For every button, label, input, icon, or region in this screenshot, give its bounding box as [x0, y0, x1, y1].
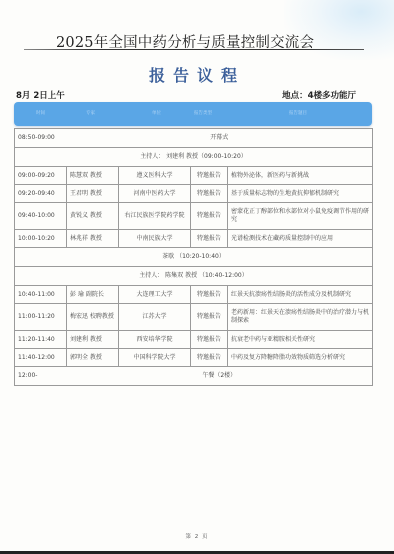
- speaker-cell: 刘建利 教授: [67, 331, 119, 349]
- report-type-cell: 特邀报告: [191, 331, 228, 349]
- table-row: 09:20-09:40王君明 教授河南中医药大学特邀报告基于质量标志物的生地黄抗…: [15, 185, 373, 203]
- time-cell: 11:40-12:00: [15, 349, 67, 367]
- session-venue: 地点：4楼多功能厅: [282, 89, 356, 101]
- report-title-cell: 光谱检测技术在藏药质量控制中的应用: [228, 230, 373, 248]
- title-divider: [24, 49, 364, 50]
- table-row: 09:00-09:20陈慧双 教授遵义医科大学特邀报告植物外泌体，新医药与新挑战: [15, 167, 373, 185]
- page-number: 第 2 页: [0, 532, 394, 540]
- agenda-title: 报告议程: [0, 63, 394, 86]
- session-info-cell: 主持人： 陈集双 教授 （10:40-12:00）: [15, 267, 373, 286]
- time-cell: 10:00-10:20: [15, 230, 67, 248]
- speaker-cell: 王君明 教授: [67, 185, 119, 203]
- header-unit: 单位: [152, 110, 161, 116]
- time-cell: 09:20-09:40: [15, 185, 67, 203]
- unit-cell: 中南民族大学: [119, 230, 191, 248]
- table-row: 主持人： 刘建利 教授（09:00-10:20）: [15, 148, 373, 167]
- report-type-cell: 特邀报告: [191, 185, 228, 203]
- speaker-cell: 梅宏迅 校聘教授: [67, 304, 119, 331]
- time-cell: 08:50-09:00: [15, 129, 67, 148]
- report-type-cell: 特邀报告: [191, 167, 228, 185]
- header-type: 报告类型: [194, 110, 212, 116]
- speaker-cell: 黄锐义 教授: [67, 203, 119, 230]
- report-title-cell: 基于质量标志物的生地黄抗抑郁机制研究: [228, 185, 373, 203]
- report-title-cell: 抗衰老中药与亚精胺相关性研究: [228, 331, 373, 349]
- table-row: 10:40-11:00彭 瑜 副院长大连理工大学特邀报告红景天抗溃疡性结肠炎的活…: [15, 286, 373, 304]
- report-type-cell: 特邀报告: [191, 230, 228, 248]
- unit-cell: 遵义医科大学: [119, 167, 191, 185]
- table-row: 主持人： 陈集双 教授 （10:40-12:00）: [15, 267, 373, 286]
- table-row: 08:50-09:00开幕式: [15, 129, 373, 148]
- session-info-cell: 主持人： 刘建利 教授（09:00-10:20）: [15, 148, 373, 167]
- report-type-cell: 特邀报告: [191, 203, 228, 230]
- unit-cell: 河南中医药大学: [119, 185, 191, 203]
- table-row: 12:00-午餐（2楼）: [15, 367, 373, 386]
- table-row: 11:00-11:20梅宏迅 校聘教授江苏大学特邀报告老药新用：红景天在溃疡性结…: [15, 304, 373, 331]
- time-cell: 09:00-09:20: [15, 167, 67, 185]
- session-info-cell: 茶歇 （10:20-10:40）: [15, 248, 373, 267]
- speaker-cell: 郭明全 教授: [67, 349, 119, 367]
- table-row: 11:40-12:00郭明全 教授中国科学院大学特邀报告中药及复方降糖降脂功效物…: [15, 349, 373, 367]
- report-title-cell: 红景天抗溃疡性结肠炎的活性成分及机制研究: [228, 286, 373, 304]
- unit-cell: 江苏大学: [119, 304, 191, 331]
- report-type-cell: 特邀报告: [191, 349, 228, 367]
- report-title-cell: 密蒙花正丁醇部位和水部位对小鼠免疫调节作用的研究: [228, 203, 373, 230]
- report-type-cell: 特邀报告: [191, 304, 228, 331]
- header-time: 时间: [36, 110, 45, 116]
- event-cell: 开幕式: [67, 129, 373, 148]
- unit-cell: 中国科学院大学: [119, 349, 191, 367]
- report-type-cell: 特邀报告: [191, 286, 228, 304]
- time-cell: 09:40-10:00: [15, 203, 67, 230]
- report-title-cell: 老药新用：红景天在溃疡性结肠炎中的治疗潜力与机制探索: [228, 304, 373, 331]
- table-header-bar: 时间 专家 单位 报告类型 报告题目: [14, 102, 372, 126]
- time-cell: 11:00-11:20: [15, 304, 67, 331]
- table-row: 09:40-10:00黄锐义 教授右江民族医学院药学院特邀报告密蒙花正丁醇部位和…: [15, 203, 373, 230]
- unit-cell: 西安培华学院: [119, 331, 191, 349]
- time-cell: 10:40-11:00: [15, 286, 67, 304]
- table-row: 茶歇 （10:20-10:40）: [15, 248, 373, 267]
- session-date: 8月 2日上午: [16, 89, 65, 101]
- unit-cell: 大连理工大学: [119, 286, 191, 304]
- table-row: 11:20-11:40刘建利 教授西安培华学院特邀报告抗衰老中药与亚精胺相关性研…: [15, 331, 373, 349]
- unit-cell: 右江民族医学院药学院: [119, 203, 191, 230]
- table-row: 10:00-10:20林兆祥 教授中南民族大学特邀报告光谱检测技术在藏药质量控制…: [15, 230, 373, 248]
- header-title: 报告题目: [289, 110, 307, 116]
- speaker-cell: 陈慧双 教授: [67, 167, 119, 185]
- report-title-cell: 植物外泌体，新医药与新挑战: [228, 167, 373, 185]
- time-cell: 12:00-: [15, 367, 67, 386]
- speaker-cell: 林兆祥 教授: [67, 230, 119, 248]
- report-title-cell: 中药及复方降糖降脂功效物质筛选分析研究: [228, 349, 373, 367]
- speaker-cell: 彭 瑜 副院长: [67, 286, 119, 304]
- header-speaker: 专家: [86, 110, 95, 116]
- event-cell: 午餐（2楼）: [67, 367, 373, 386]
- time-cell: 11:20-11:40: [15, 331, 67, 349]
- agenda-table: 08:50-09:00开幕式主持人： 刘建利 教授（09:00-10:20）09…: [14, 128, 373, 386]
